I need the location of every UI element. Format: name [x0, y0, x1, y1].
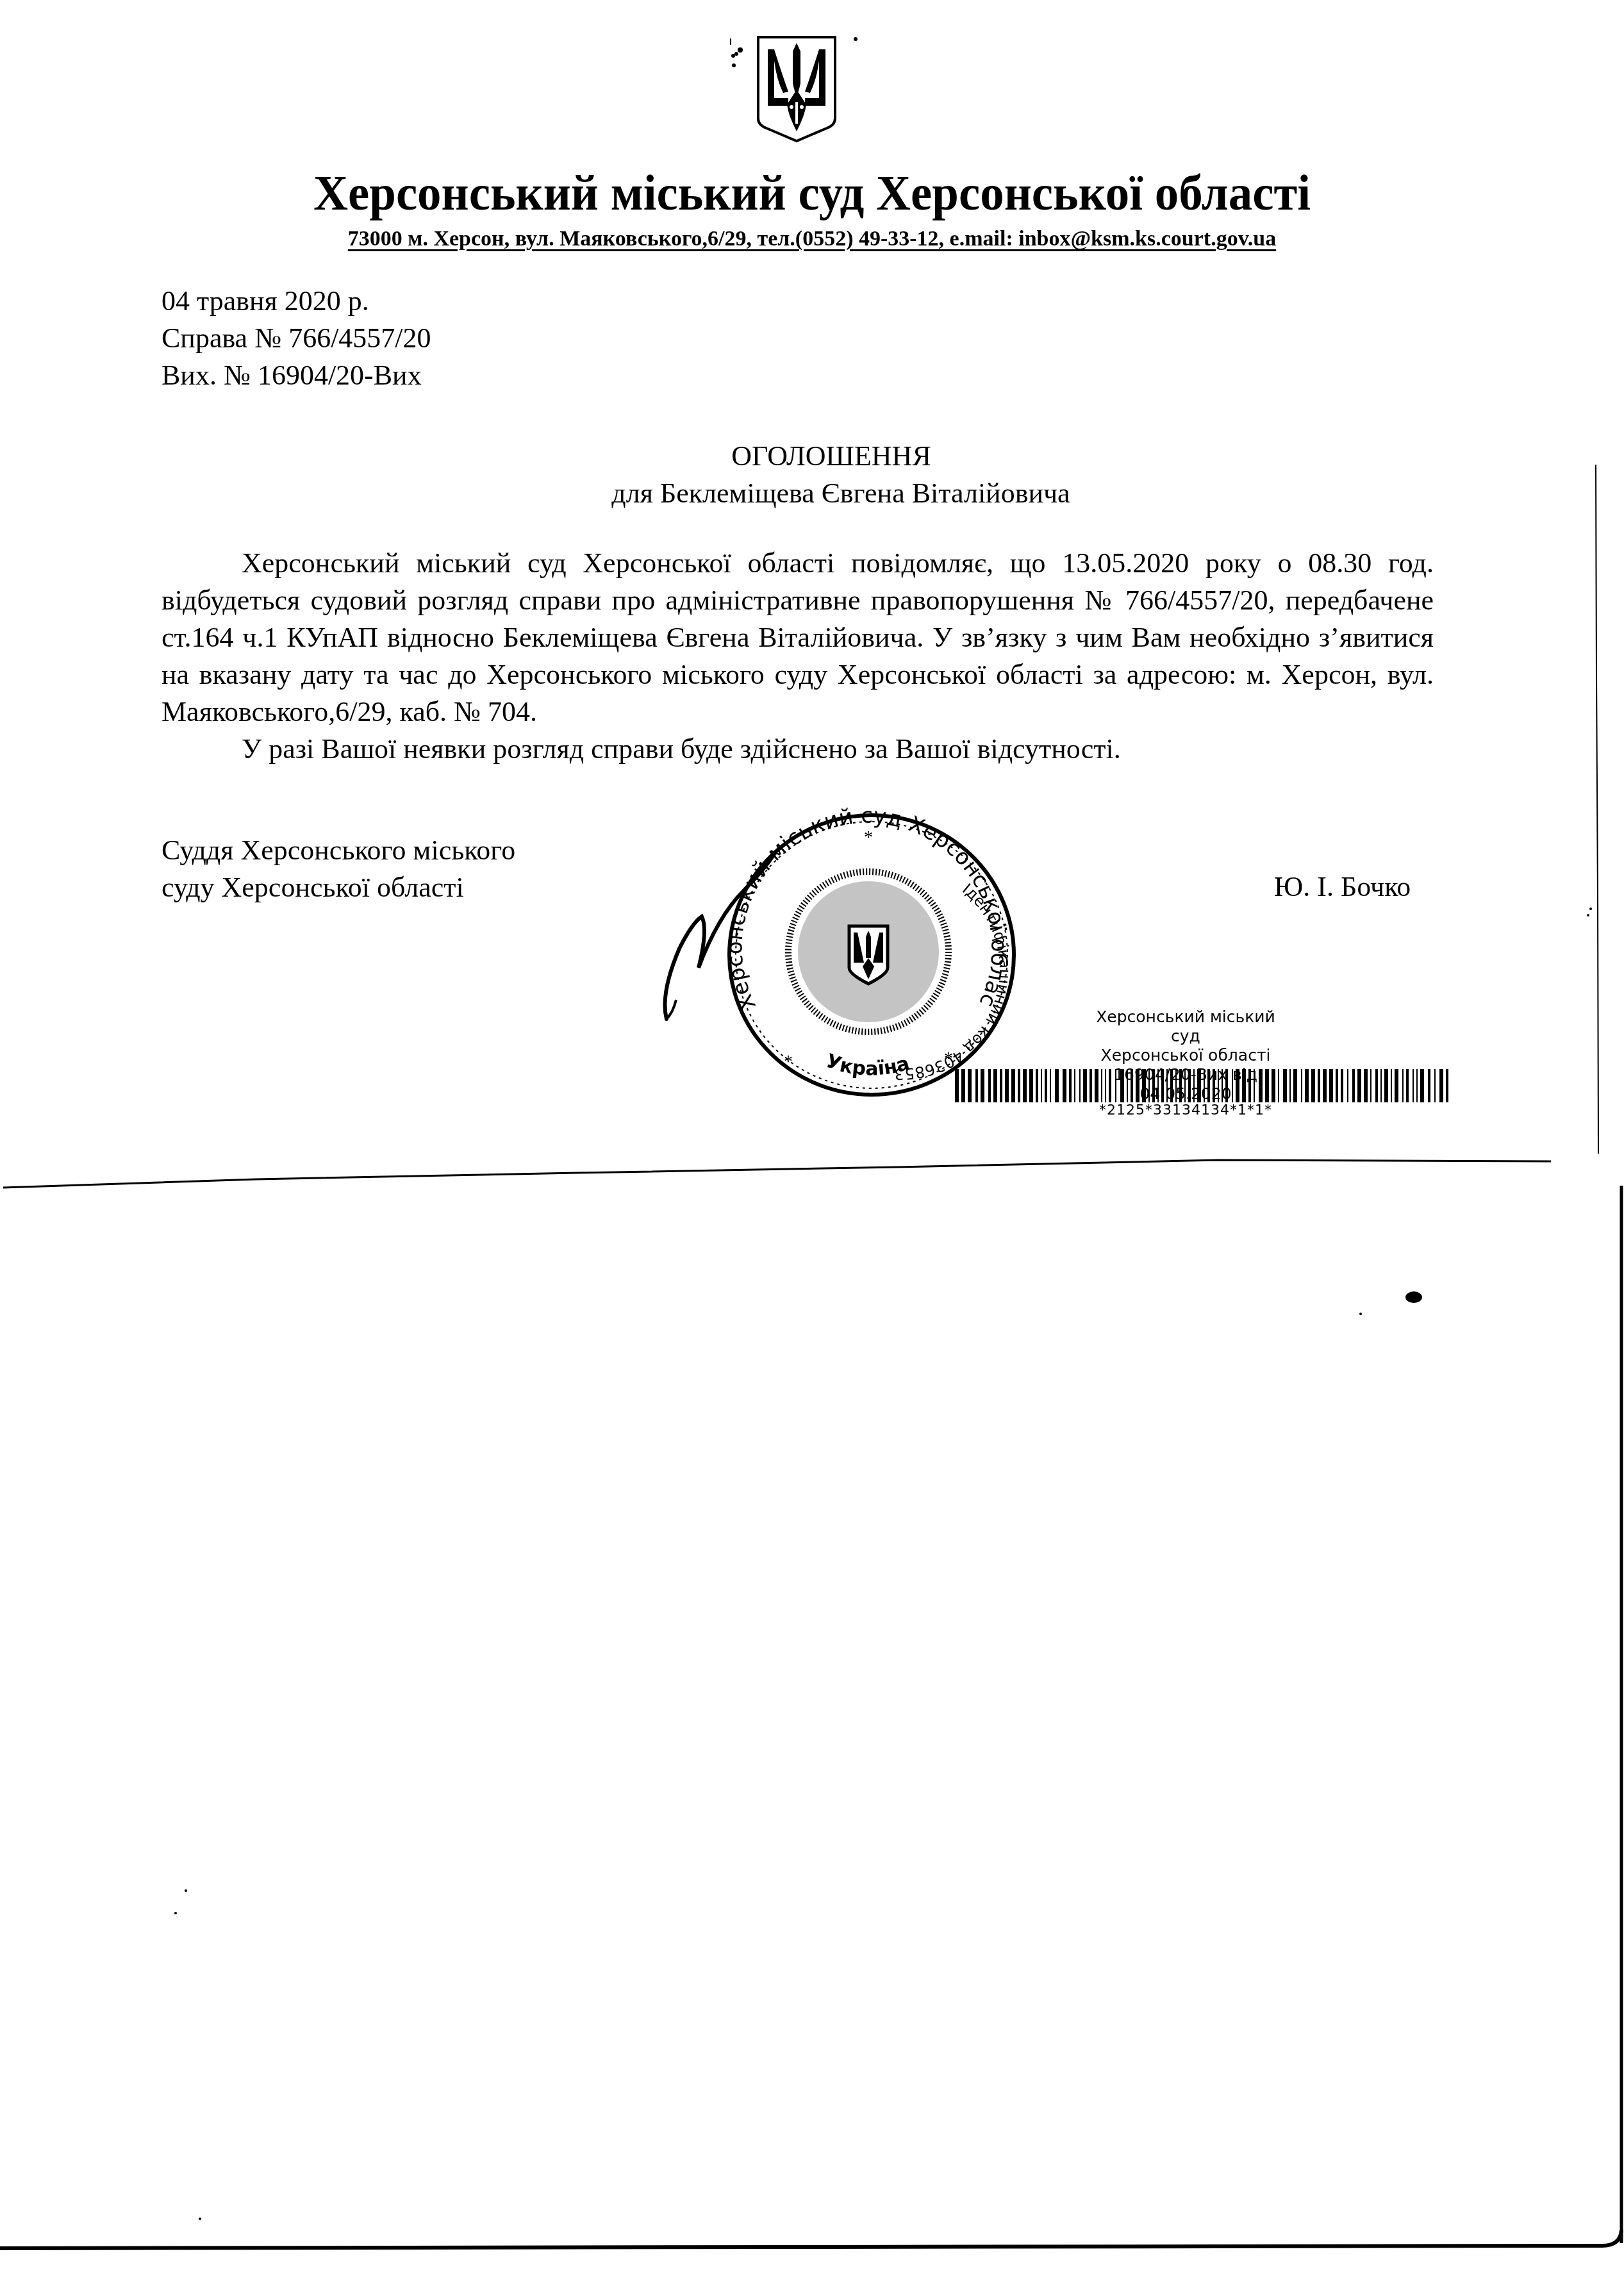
svg-text:*: * [784, 1052, 793, 1072]
ink-speck [727, 38, 747, 70]
court-name-heading: Херсонський міський суд Херсонської обла… [33, 168, 1592, 218]
registration-court-line: Херсонський міський суд [1080, 1007, 1291, 1046]
body-paragraph-absence-warning: У разі Вашої неявки розгляд справи буде … [162, 731, 1434, 768]
judge-title-line1: Суддя Херсонського міського [162, 832, 515, 869]
announcement-title: ОГОЛОШЕННЯ [0, 442, 1624, 470]
outgoing-number: Вих. № 16904/20-Вих [162, 361, 422, 390]
document-date: 04 травня 2020 р. [162, 287, 369, 315]
ukraine-trident-coat-of-arms-icon [756, 35, 837, 144]
case-number: Справа № 766/4557/20 [162, 324, 431, 352]
barcode-text: *2125*33134134*1*1* [1099, 1104, 1272, 1118]
announcement-recipient: для Беклеміщева Євгена Віталійовича [0, 479, 1624, 508]
judge-title-line2: суду Херсонської області [162, 869, 515, 906]
judge-title: Суддя Херсонського міського суду Херсонс… [162, 832, 515, 906]
ukraine-trident-coat-of-arms-icon [849, 926, 888, 984]
body-paragraph-notice: Херсонський міський суд Херсонської обла… [162, 545, 1434, 731]
barcode-icon [955, 1069, 1448, 1102]
judge-name: Ю. І. Бочко [1274, 873, 1411, 901]
svg-text:*: * [864, 827, 873, 847]
announcement-body: Херсонський міський суд Херсонської обла… [162, 545, 1434, 768]
registration-region-line: Херсонської області [1080, 1046, 1291, 1065]
handwritten-signature-icon [654, 840, 782, 1032]
svg-text:*: * [944, 1049, 953, 1068]
court-address-contacts: 73000 м. Херсон, вул. Маяковського,6/29,… [0, 228, 1624, 250]
